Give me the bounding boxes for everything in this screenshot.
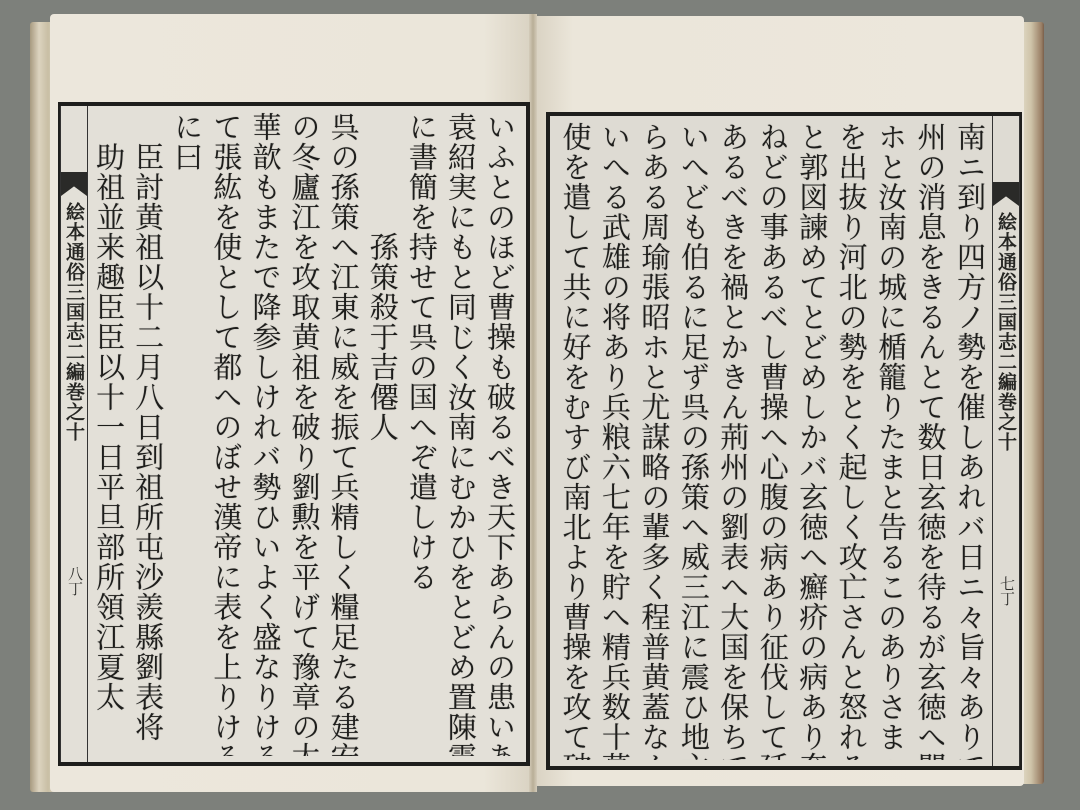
text-column: 州の消息をきるんとて数日玄徳を待るが玄徳へ関羽張飛 [911, 122, 950, 760]
fishtail-mark-icon [993, 182, 1019, 206]
book-spread: 絵本通俗三国志二編巻之十 八丁 いふとのほど曹操も破るべき天下あらんの患いあらん… [0, 0, 1080, 810]
text-column: 使を遣して共に好をむすび南北より曹操を攻て破らざと [556, 122, 595, 760]
text-column: に書簡を持せて呉の国へぞ遣しける [403, 112, 442, 756]
text-column: ねどの事あるべし曹操へ心腹の病あり征伐して延引せバ後ち [753, 122, 792, 760]
text-column: あるべきを禍とかきん荊州の劉表へ大国を保ちて兵を [714, 122, 753, 760]
text-column: と郭図諫めてとどめしかバ玄徳へ癬疥の病あり奔置とて何 [793, 122, 832, 760]
text-column: ホと汝南の城に楯籠りたまと告るこのありさまへ招へまさ [872, 122, 911, 760]
text-column: 南ニ到り四方ノ勢を催しあれバ日ニ々旨々ありて袁紹へ荊 [951, 122, 990, 760]
left-text-columns: いふとのほど曹操も破るべき天下あらんの患いあらんとの給へバ 袁紹実にもと同じく汝… [90, 112, 520, 756]
right-hashira-margin: 絵本通俗三国志二編巻之十 七丁 [992, 116, 1020, 766]
left-hashira-title: 絵本通俗三国志二編巻之十 [62, 202, 86, 442]
text-column: 華歆もまたで降参しけれバ勢ひいよく盛なりけるより [246, 112, 285, 756]
left-page-text-frame: 絵本通俗三国志二編巻之十 八丁 いふとのほど曹操も破るべき天下あらんの患いあらん… [58, 102, 530, 766]
memorial-text-column: 助祖並来趣臣臣以十一日平旦部所領江夏太 [90, 112, 129, 756]
text-column: 呉の孫策へ江東に威を振て兵精しく糧足たる建安四年 [325, 112, 364, 756]
right-folio-number: 七丁 [994, 576, 1018, 606]
text-column: いへども伯るに足ず呉の孫策へ威三江に震ひ地六郡に [674, 122, 713, 760]
text-column: らある周瑜張昭ホと尤謀略の輩多く程普黄蓋なんど [635, 122, 674, 760]
right-hashira-title: 絵本通俗三国志二編巻之十 [994, 212, 1018, 452]
text-column: の冬廬江を攻取黄祖を破り劉勲を平げて豫章の太守 [285, 112, 324, 756]
book-gutter [529, 14, 537, 792]
text-column: て張紘を使として都へのぼせ漢帝に表を上りける其表 [207, 112, 246, 756]
text-column: 袁紹実にもと同じく汝南にむかひをとどめ置陳震といふもの [442, 112, 481, 756]
left-hashira-margin: 絵本通俗三国志二編巻之十 八丁 [60, 106, 88, 762]
text-column: いふとのほど曹操も破るべき天下あらんの患いあらんとの給へバ [481, 112, 520, 756]
text-column: いへる武雄の将あり兵粮六七年を貯へ精兵数十萬とあれむ [595, 122, 634, 760]
fishtail-mark-icon [61, 172, 87, 196]
right-text-columns: 南ニ到り四方ノ勢を催しあれバ日ニ々旨々ありて袁紹へ荊 州の消息をきるんとて数日玄… [556, 122, 990, 760]
section-heading: 孫策殺于吉僊人 [364, 112, 403, 756]
memorial-text-column: 臣討黄祖以十二月八日到祖所屯沙羨縣劉表将 [129, 112, 168, 756]
right-page-text-frame: 絵本通俗三国志二編巻之十 七丁 南ニ到り四方ノ勢を催しあれバ日ニ々旨々ありて袁紹… [546, 112, 1022, 770]
text-column: を出抜り河北の勢をとく起しく攻亡さんと怒れる [832, 122, 871, 760]
left-folio-number: 八丁 [62, 566, 86, 596]
text-column: に曰 [168, 112, 207, 756]
